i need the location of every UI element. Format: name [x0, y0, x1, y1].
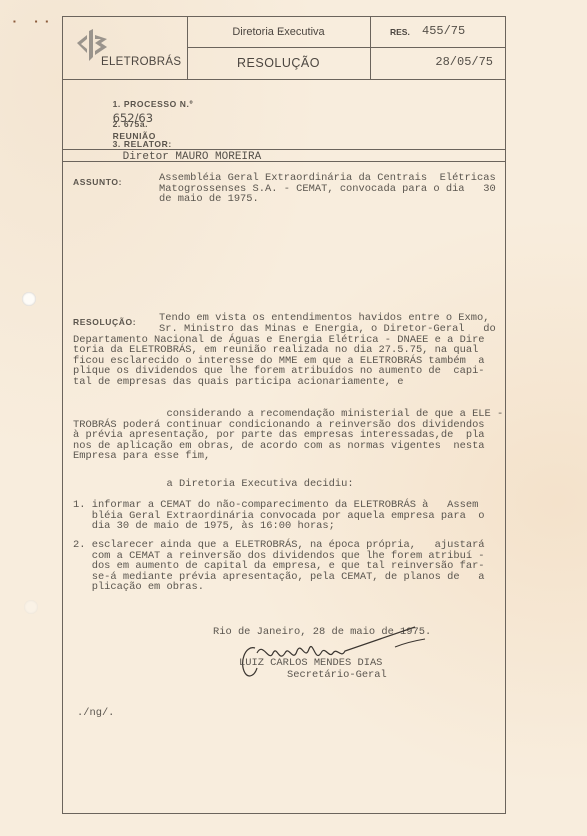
- divider-gap: [63, 149, 505, 162]
- signer-name: LUIZ CARLOS MENDES DIAS: [239, 657, 382, 669]
- res-date: 28/05/75: [435, 55, 493, 69]
- logo-cell: ELETROBRÁS: [63, 17, 188, 79]
- resolution-paragraph-2: considerando a recomendação ministerial …: [73, 409, 503, 462]
- res-label: RES.: [390, 27, 410, 37]
- subject-line: de maio de 1975.: [159, 194, 496, 205]
- paragraph-line: considerando a recomendação ministerial …: [73, 409, 503, 420]
- signer-title: Secretário-Geral: [287, 669, 387, 681]
- item-line: dia 30 de maio de 1975, às 16:00 horas;: [73, 521, 485, 532]
- decision-item-1: 1. informar a CEMAT do não-compareciment…: [73, 500, 485, 532]
- item-line: 1. informar a CEMAT do não-compareciment…: [73, 500, 485, 511]
- typist-initials: ./ng/.: [77, 708, 114, 719]
- title-cell: · Diretoria Executiva RESOLUÇÃO: [187, 17, 371, 79]
- subject-text: Assembléia Geral Extraordinária da Centr…: [159, 173, 496, 205]
- paragraph-line: tal de empresas das quais participa acio…: [73, 377, 496, 388]
- resolution-paragraph-1: Sr. Ministro das Minas e Energia, o Dire…: [73, 324, 496, 388]
- subject-label: ASSUNTO:: [73, 177, 122, 187]
- reference-cell: RES. 455/75 28/05/75: [370, 17, 505, 79]
- punch-hole-bottom: [24, 600, 38, 614]
- subject-line: Assembléia Geral Extraordinária da Centr…: [159, 173, 496, 184]
- paper-specks: ▪ ▪▪: [12, 18, 55, 27]
- document-form: ELETROBRÁS · Diretoria Executiva RESOLUÇ…: [62, 16, 506, 814]
- decision-item-2: 2. esclarecer ainda que a ELETROBRÁS, na…: [73, 540, 485, 593]
- item-line: plicação em obras.: [73, 582, 485, 593]
- paragraph-line: Sr. Ministro das Minas e Energia, o Dire…: [73, 324, 496, 335]
- logo-text: ELETROBRÁS: [101, 56, 181, 68]
- punch-hole-top: [22, 292, 36, 306]
- paragraph-line: Empresa para esse fim,: [73, 451, 503, 462]
- document-type: RESOLUÇÃO: [187, 56, 370, 70]
- res-number: 455/75: [422, 24, 465, 38]
- department-name: Diretoria Executiva: [187, 26, 370, 38]
- item-line: 2. esclarecer ainda que a ELETROBRÁS, na…: [73, 540, 485, 551]
- resolution-first-line: Tendo em vista os entendimentos havidos …: [159, 313, 489, 324]
- decision-intro: a Diretoria Executiva decidiu:: [73, 479, 354, 490]
- reporter-label: 3. RELATOR:: [113, 139, 172, 149]
- meta-section: 1. PROCESSO N.º 652/63 2. 675a. REUNIÃO …: [63, 79, 505, 150]
